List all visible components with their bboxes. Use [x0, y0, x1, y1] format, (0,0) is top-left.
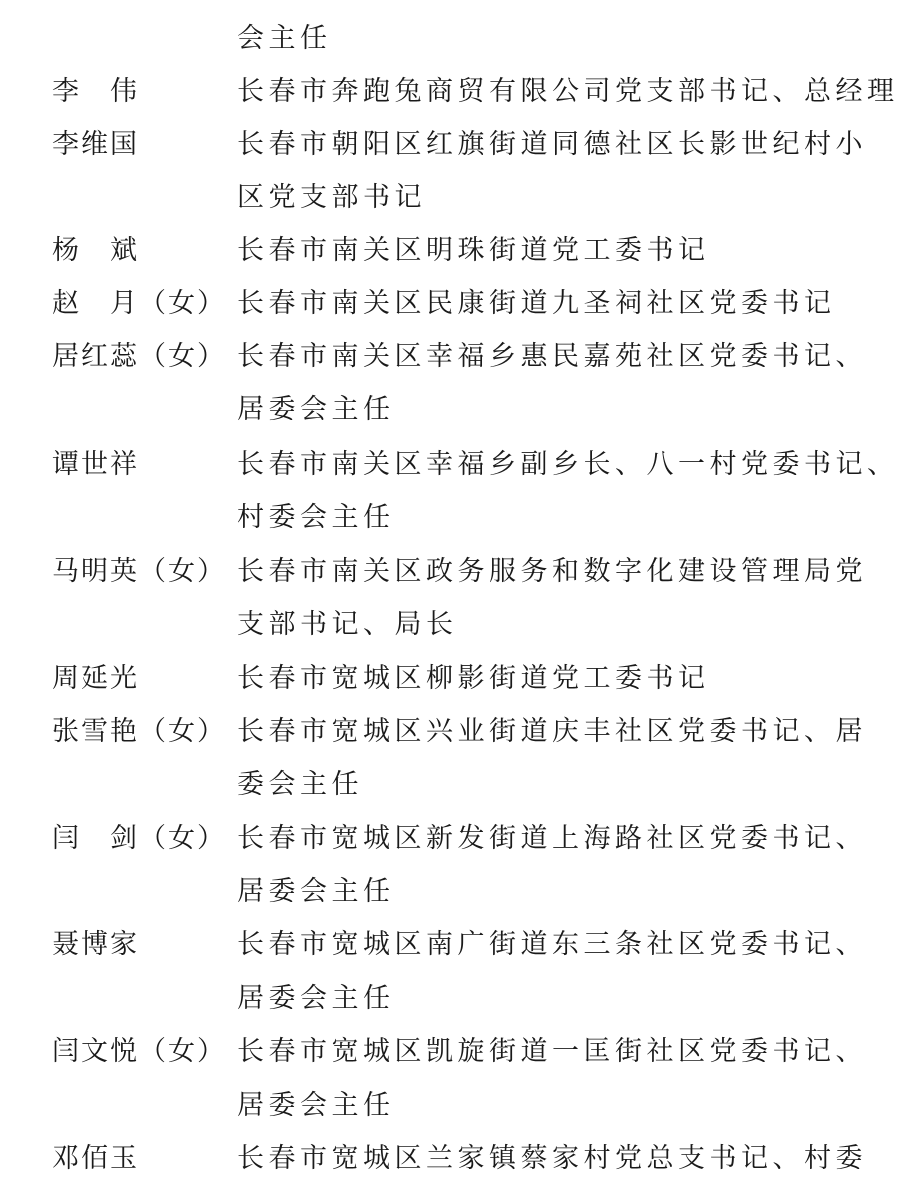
entry-line: 李 伟 长春市奔跑兔商贸有限公司党支部书记、总经理	[0, 65, 900, 118]
person-position: 长春市南关区政务服务和数字化建设管理局党	[237, 545, 867, 598]
entry-line: 李维国 长春市朝阳区红旗街道同德社区长影世纪村小	[0, 118, 900, 171]
person-position: 长春市奔跑兔商贸有限公司党支部书记、总经理	[237, 65, 899, 118]
person-name: 居红蕊（女）	[52, 330, 226, 383]
entry-line: 赵 月（女） 长春市南关区民康街道九圣祠社区党委书记	[0, 277, 900, 330]
person-name: 赵 月（女）	[52, 277, 226, 330]
person-position: 居委会主任	[237, 972, 395, 1025]
person-position: 居委会主任	[237, 1079, 395, 1132]
person-position: 长春市南关区幸福乡惠民嘉苑社区党委书记、	[237, 330, 867, 383]
person-position: 长春市宽城区柳影街道党工委书记	[237, 652, 710, 705]
entry-line: 闫文悦（女） 长春市宽城区凯旋街道一匡街社区党委书记、	[0, 1025, 900, 1078]
person-name: 谭世祥	[52, 438, 139, 491]
person-position: 居委会主任	[237, 865, 395, 918]
entry-line: 居委会主任	[0, 865, 900, 918]
person-position: 居委会主任	[237, 383, 395, 436]
person-position: 长春市南关区民康街道九圣祠社区党委书记	[237, 277, 836, 330]
entry-line: 居委会主任	[0, 1079, 900, 1132]
person-position: 委会主任	[237, 758, 363, 811]
document-page: 会主任 李 伟 长春市奔跑兔商贸有限公司党支部书记、总经理 李维国 长春市朝阳区…	[0, 0, 900, 1200]
person-position: 支部书记、局长	[237, 598, 458, 651]
person-name: 聂博家	[52, 918, 139, 971]
person-name: 李维国	[52, 118, 139, 171]
person-position: 长春市宽城区凯旋街道一匡街社区党委书记、	[237, 1025, 867, 1078]
entry-line: 居红蕊（女） 长春市南关区幸福乡惠民嘉苑社区党委书记、	[0, 330, 900, 383]
entry-line: 村委会主任	[0, 491, 900, 544]
person-position: 长春市南关区明珠街道党工委书记	[237, 224, 710, 277]
person-position: 村委会主任	[237, 491, 395, 544]
entry-line: 支部书记、局长	[0, 598, 900, 651]
entry-line: 区党支部书记	[0, 171, 900, 224]
entry-line: 闫 剑（女） 长春市宽城区新发街道上海路社区党委书记、	[0, 812, 900, 865]
person-name: 李 伟	[52, 65, 139, 118]
person-position: 长春市宽城区新发街道上海路社区党委书记、	[237, 812, 867, 865]
person-position: 会主任	[237, 12, 332, 65]
person-position: 长春市宽城区南广街道东三条社区党委书记、	[237, 918, 867, 971]
person-position: 长春市朝阳区红旗街道同德社区长影世纪村小	[237, 118, 867, 171]
person-name: 周延光	[52, 652, 139, 705]
entry-line: 谭世祥 长春市南关区幸福乡副乡长、八一村党委书记、	[0, 438, 900, 491]
person-name: 闫文悦（女）	[52, 1025, 226, 1078]
person-position: 长春市宽城区兴业街道庆丰社区党委书记、居	[237, 705, 867, 758]
person-name: 张雪艳（女）	[52, 705, 226, 758]
entry-line: 张雪艳（女） 长春市宽城区兴业街道庆丰社区党委书记、居	[0, 705, 900, 758]
person-name: 闫 剑（女）	[52, 812, 226, 865]
person-name: 杨 斌	[52, 224, 139, 277]
entry-line: 邓佰玉 长春市宽城区兰家镇蔡家村党总支书记、村委	[0, 1132, 900, 1185]
entry-line: 马明英（女） 长春市南关区政务服务和数字化建设管理局党	[0, 545, 900, 598]
person-name: 邓佰玉	[52, 1132, 139, 1185]
person-position: 长春市南关区幸福乡副乡长、八一村党委书记、	[237, 438, 899, 491]
entry-line: 居委会主任	[0, 383, 900, 436]
person-position: 长春市宽城区兰家镇蔡家村党总支书记、村委	[237, 1132, 867, 1185]
entry-line: 聂博家 长春市宽城区南广街道东三条社区党委书记、	[0, 918, 900, 971]
entry-line: 居委会主任	[0, 972, 900, 1025]
entry-line: 会主任	[0, 12, 900, 65]
entry-line: 周延光 长春市宽城区柳影街道党工委书记	[0, 652, 900, 705]
person-name: 马明英（女）	[52, 545, 226, 598]
entry-line: 委会主任	[0, 758, 900, 811]
person-position: 区党支部书记	[237, 171, 426, 224]
entry-line: 杨 斌 长春市南关区明珠街道党工委书记	[0, 224, 900, 277]
